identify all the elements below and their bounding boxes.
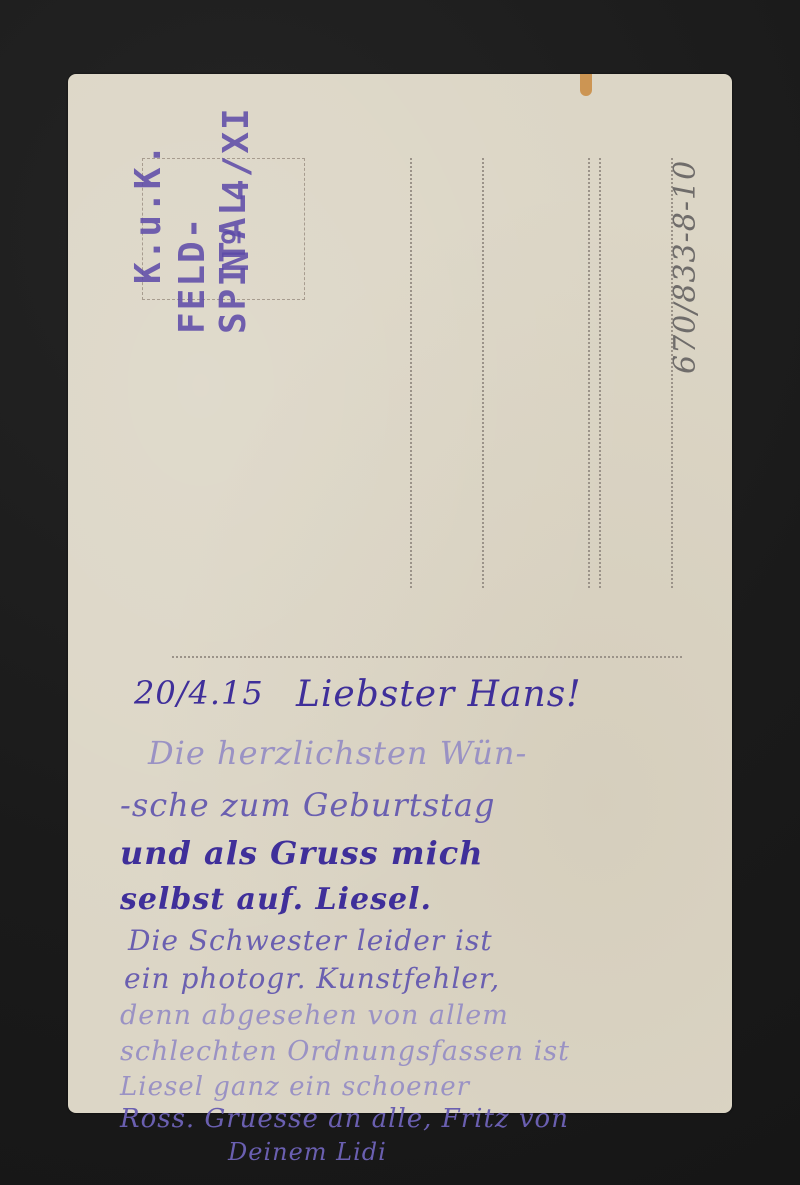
field-hospital-stamp: K.u.K. FELD-SPITAL Nº 4/XI [110, 74, 260, 344]
stamp-line-3: Nº 4/XI [216, 106, 257, 272]
message-line: schlechten Ordnungsfassen ist [120, 1036, 570, 1067]
address-line [410, 158, 412, 588]
message-line: Liesel ganz ein schoener [120, 1072, 470, 1102]
message-line: und als Gruss mich [120, 834, 483, 872]
message-line: denn abgesehen von allem [120, 1000, 509, 1031]
address-line [588, 158, 590, 588]
message-date: 20/4.15 [134, 674, 264, 712]
address-line [482, 158, 484, 588]
message-line: Die herzlichsten Wün- [148, 734, 527, 772]
message-line: Ross. Gruesse an alle, Fritz von [120, 1104, 569, 1134]
message-line: Die Schwester leider ist [128, 924, 493, 957]
message-line: -sche zum Geburtstag [120, 786, 495, 824]
message-signature: Deinem Lidi [228, 1138, 387, 1166]
archive-number: 670/833-8-10 [668, 160, 703, 374]
stamp-line-1: K.u.K. [128, 142, 169, 284]
message-line: ein photogr. Kunstfehler, [124, 962, 500, 995]
postcard: K.u.K. FELD-SPITAL Nº 4/XI 670/833-8-10 … [68, 74, 732, 1113]
divider-line [172, 656, 682, 658]
stain-mark [580, 74, 592, 96]
message-line: selbst auf. Liesel. [120, 882, 432, 917]
address-line [599, 158, 601, 588]
message-greeting: Liebster Hans! [296, 674, 582, 715]
